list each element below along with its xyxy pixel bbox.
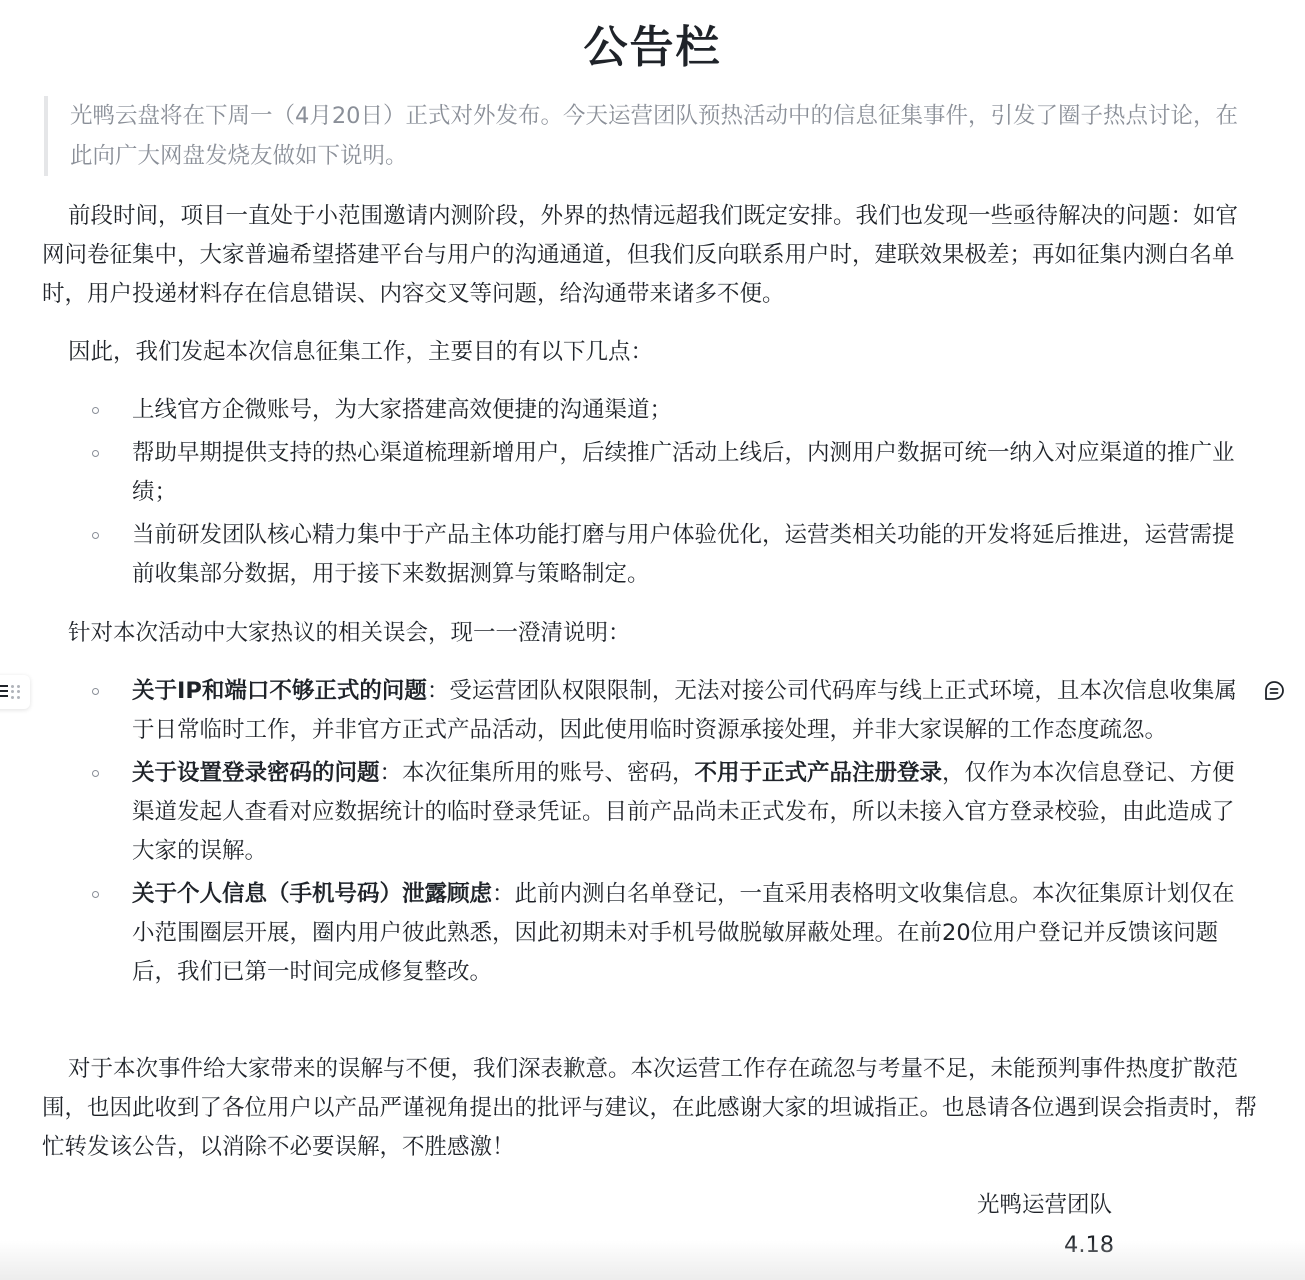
list-item: 关于个人信息（手机号码）泄露顾虑：此前内测白名单登记，一直采用表格明文收集信息。… [0,875,1305,992]
list-item: 当前研发团队核心精力集中于产品主体功能打磨与用户体验优化，运营类相关功能的开发将… [0,516,1305,594]
list-item-text: ：本次征集所用的账号、密码， [380,760,695,786]
clarify-list: 关于IP和端口不够正式的问题：受运营团队权限限制，无法对接公司代码库与线上正式环… [0,672,1305,996]
bullet-icon [92,770,99,777]
bottom-shadow [0,1240,1305,1280]
bullet-icon [92,891,99,898]
emphasis-text: 不用于正式产品注册登录 [695,760,943,786]
purpose-heading: 因此，我们发起本次信息征集工作，主要目的有以下几点： [42,333,1257,372]
bullet-icon [92,532,99,539]
list-item: 关于设置登录密码的问题：本次征集所用的账号、密码，不用于正式产品注册登录，仅作为… [0,754,1305,871]
list-item-text: 帮助早期提供支持的热心渠道梳理新增用户，后续推广活动上线后，内测用户数据可统一纳… [132,440,1235,505]
closing-paragraph: 对于本次事件给大家带来的误解与不便，我们深表歉意。本次运营工作存在疏忽与考量不足… [42,1050,1257,1167]
signature-team: 光鸭运营团队 [977,1186,1112,1224]
list-item: 帮助早期提供支持的热心渠道梳理新增用户，后续推广活动上线后，内测用户数据可统一纳… [0,434,1305,512]
list-item-text: 当前研发团队核心精力集中于产品主体功能打磨与用户体验优化，运营类相关功能的开发将… [132,522,1235,587]
purpose-list: 上线官方企微账号，为大家搭建高效便捷的沟通渠道； 帮助早期提供支持的热心渠道梳理… [0,391,1305,598]
list-item: 关于IP和端口不够正式的问题：受运营团队权限限制，无法对接公司代码库与线上正式环… [0,672,1305,750]
intro-paragraph: 前段时间，项目一直处于小范围邀请内测阶段，外界的热情远超我们既定安排。我们也发现… [42,197,1257,314]
announcement-page: 公告栏 光鸭云盘将在下周一（4月20日）正式对外发布。今天运营团队预热活动中的信… [0,0,1305,1280]
item-heading: 关于设置登录密码的问题 [132,760,380,786]
clarify-heading: 针对本次活动中大家热议的相关误会，现一一澄清说明： [42,614,1257,653]
list-item-text: 上线官方企微账号，为大家搭建高效便捷的沟通渠道； [132,397,672,423]
item-heading: 关于IP和端口不够正式的问题 [132,678,427,704]
bullet-icon [92,450,99,457]
bullet-icon [92,407,99,414]
item-heading: 关于个人信息（手机号码）泄露顾虑 [132,881,492,907]
list-item: 上线官方企微账号，为大家搭建高效便捷的沟通渠道； [0,391,1305,430]
intro-quote: 光鸭云盘将在下周一（4月20日）正式对外发布。今天运营团队预热活动中的信息征集事… [44,96,1260,176]
page-title: 公告栏 [0,18,1305,78]
bullet-icon [92,688,99,695]
comment-icon [1263,680,1285,702]
comment-button[interactable] [1263,680,1285,702]
quote-text: 光鸭云盘将在下周一（4月20日）正式对外发布。今天运营团队预热活动中的信息征集事… [70,103,1238,169]
